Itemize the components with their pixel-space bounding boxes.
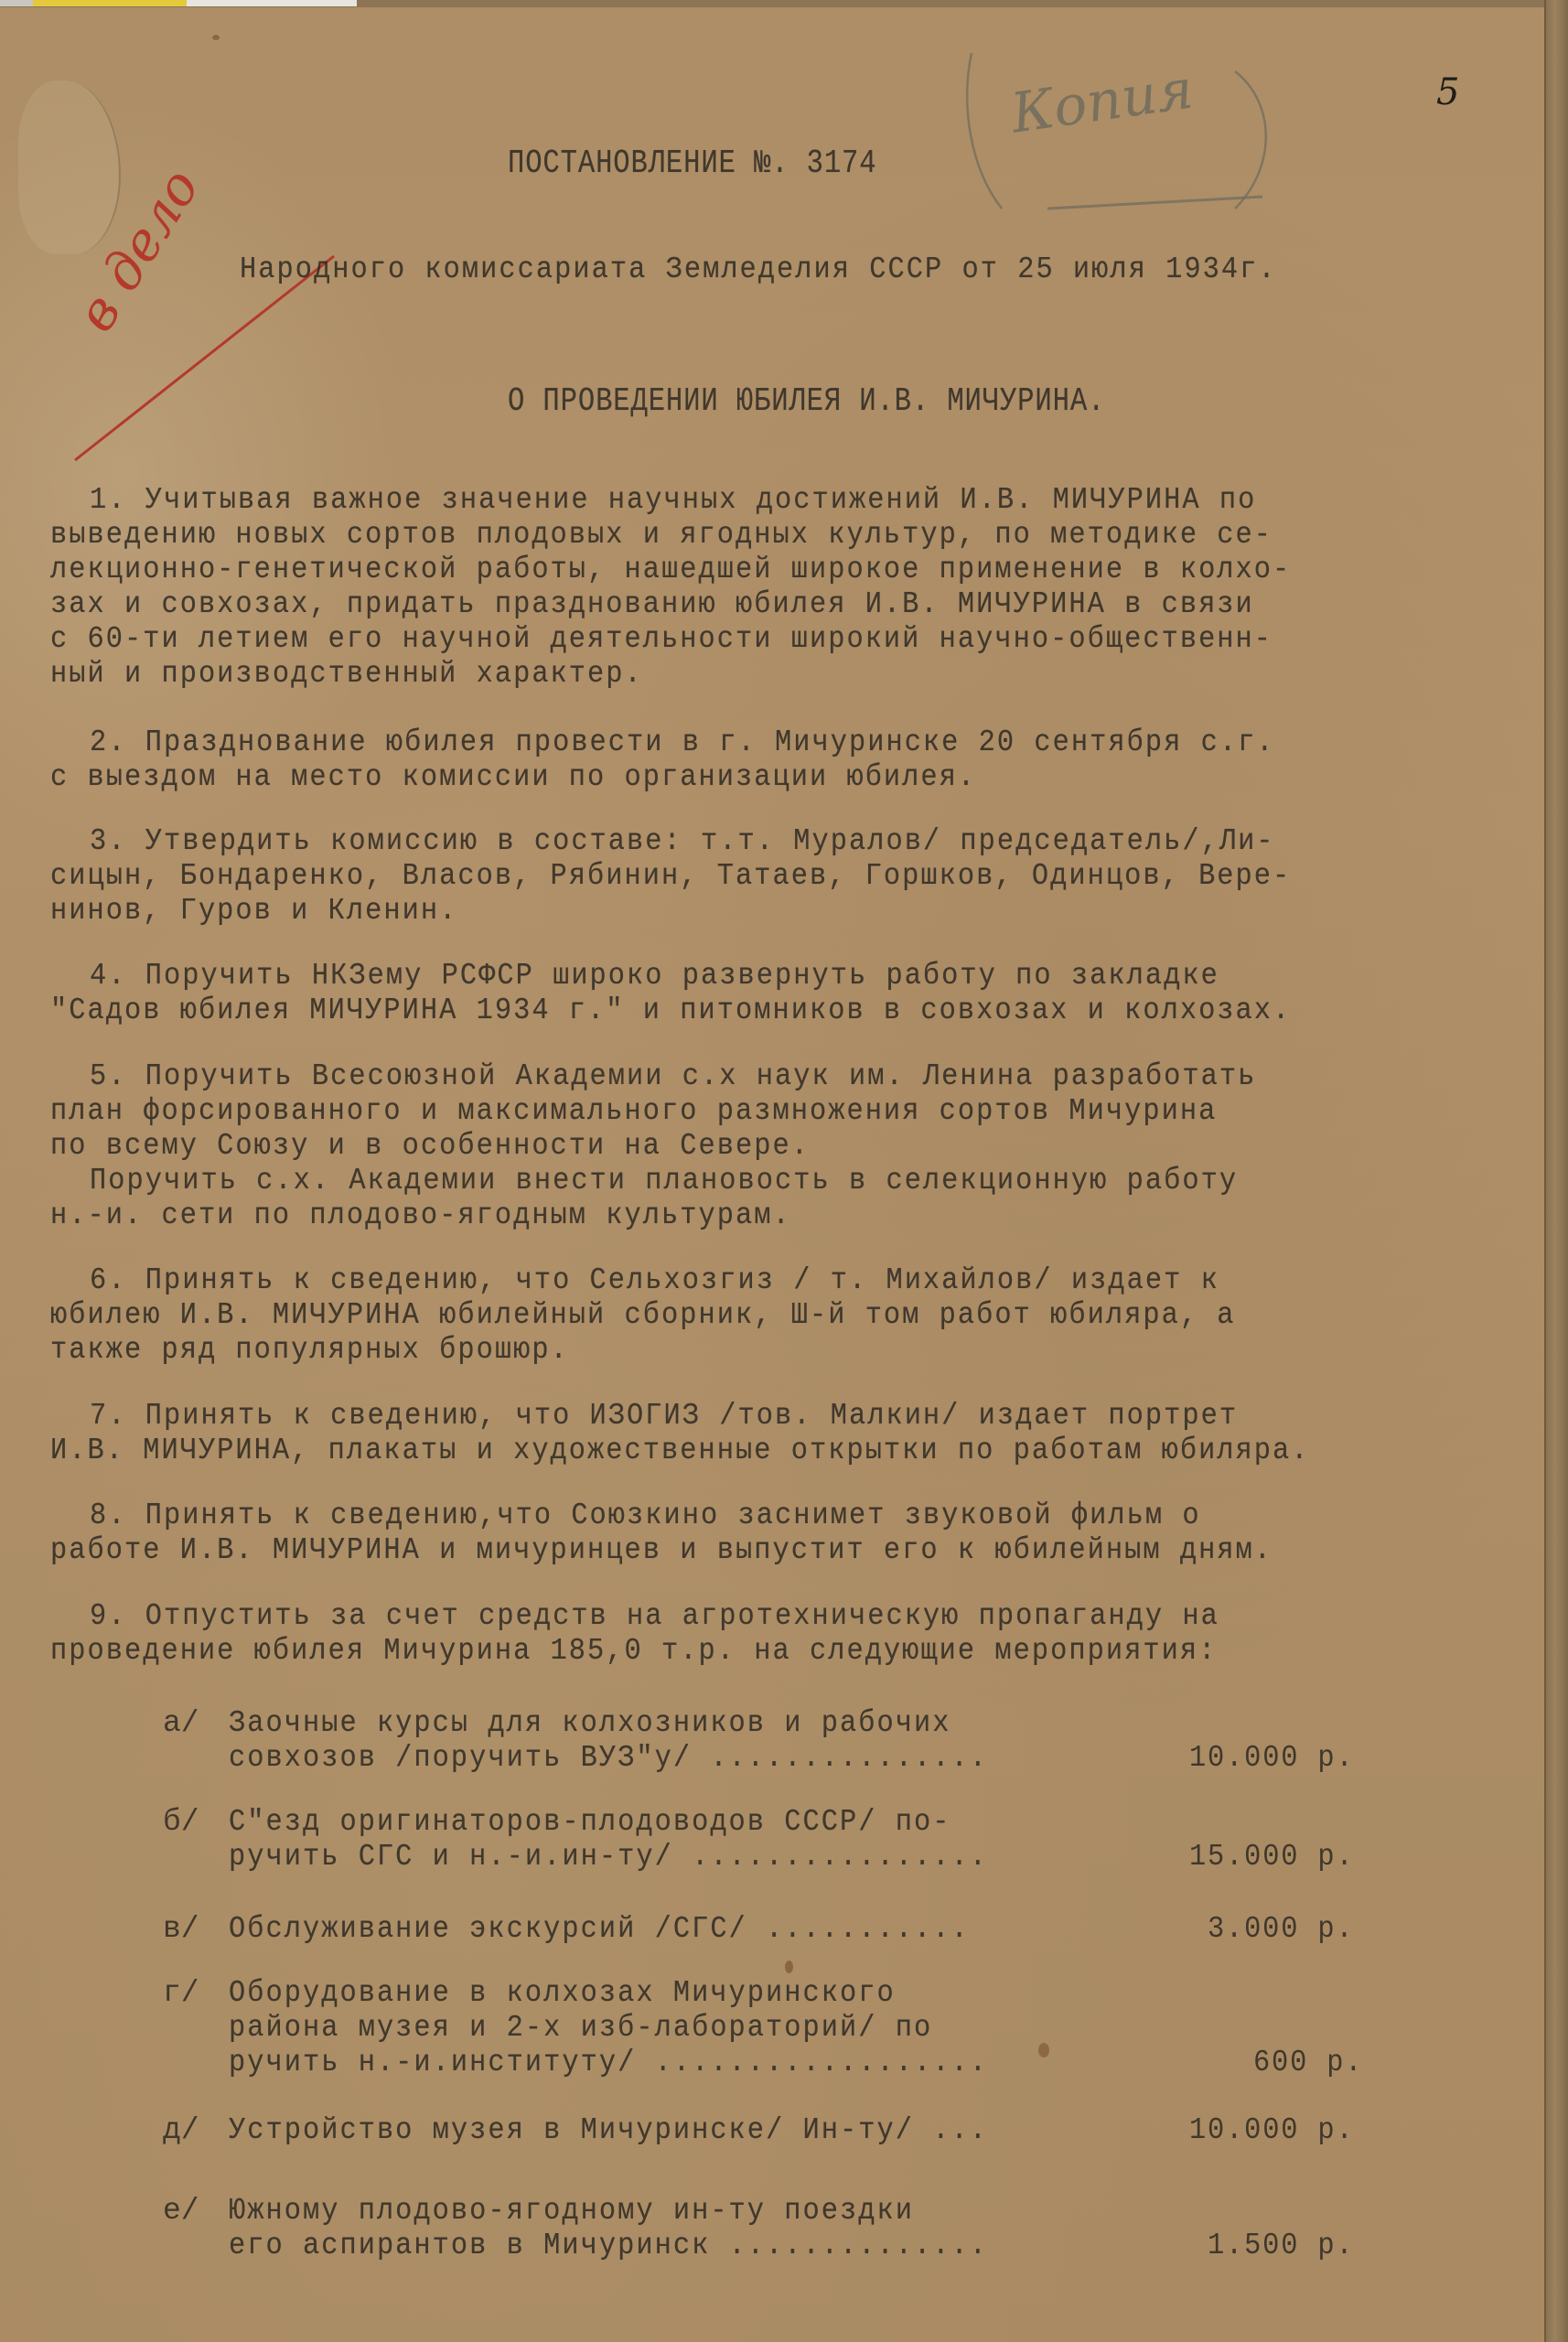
budget-item-label: а/ xyxy=(163,1706,199,1741)
budget-item-line: совхозов /поручить ВУЗ"у/ ..............… xyxy=(229,1741,988,1776)
budget-item-line: ручить СГС и н.-и.ин-ту/ ...............… xyxy=(229,1840,988,1875)
paragraph-line: 2. Празднование юбилея провести в г. Мич… xyxy=(90,725,1275,760)
budget-item-amount: 10.000 р. xyxy=(1189,2113,1355,2148)
budget-item-label: д/ xyxy=(163,2113,199,2148)
ink-speck xyxy=(785,1961,793,1973)
paragraph-line: проведение юбилея Мичурина 185,0 т.р. на… xyxy=(50,1634,1217,1669)
ink-speck xyxy=(212,35,220,40)
document-heading: О ПРОВЕДЕНИИ ЮБИЛЕЯ И.В. МИЧУРИНА. xyxy=(508,384,1105,419)
budget-item-line: района музея и 2-х изб-лабораторий/ по xyxy=(229,2011,932,2046)
budget-item-line: Устройство музея в Мичуринске/ Ин-ту/ ..… xyxy=(229,2113,988,2148)
budget-item-amount: 1.500 р. xyxy=(1208,2229,1354,2263)
budget-item-line: Обслуживание экскурсий /СГС/ ........... xyxy=(229,1912,970,1947)
paper-tear-mark xyxy=(18,81,121,254)
scan-strip-edge xyxy=(0,0,33,6)
paragraph-line: выведению новых сортов плодовых и ягодны… xyxy=(50,518,1273,553)
scan-color-bar-yellow xyxy=(33,0,187,6)
document-title: ПОСТАНОВЛЕНИЕ №. 3174 xyxy=(508,146,876,181)
budget-item-label: б/ xyxy=(163,1805,199,1840)
paragraph-line: 5. Поручить Всесоюзной Академии с.х наук… xyxy=(90,1059,1256,1094)
budget-item-line: Заочные курсы для колхозников и рабочих xyxy=(229,1706,950,1741)
budget-item-amount: 3.000 р. xyxy=(1208,1912,1354,1947)
budget-item-line: Оборудование в колхозах Мичуринского xyxy=(229,1976,896,2011)
budget-item-amount: 10.000 р. xyxy=(1189,1741,1355,1776)
budget-item-line: С"езд оригинаторов-плодоводов СССР/ по- xyxy=(229,1805,950,1840)
underlying-page-edge xyxy=(1544,0,1568,2342)
paragraph-line: 3. Утвердить комиссию в составе: т.т. Му… xyxy=(90,824,1275,859)
paragraph-line: с выездом на место комиссии по организац… xyxy=(50,760,976,795)
paragraph-line: н.-и. сети по плодово-ягодным культурам. xyxy=(50,1198,791,1233)
budget-item-line: Южному плодово-ягодному ин-ту поездки xyxy=(229,2194,914,2229)
budget-item-line: ручить н.-и.институту/ .................… xyxy=(229,2046,988,2080)
paragraph-line: 7. Принять к сведению, что ИЗОГИЗ /тов. … xyxy=(90,1399,1238,1434)
paragraph-line: Поручить с.х. Академии внести плановость… xyxy=(90,1164,1238,1198)
paragraph-line: "Садов юбилея МИЧУРИНА 1934 г." и питомн… xyxy=(50,994,1291,1028)
scan-color-bar-white xyxy=(187,0,357,6)
paragraph-line: сицын, Бондаренко, Власов, Рябинин, Тата… xyxy=(50,859,1291,894)
paragraph-line: по всему Союзу и в особенности на Севере… xyxy=(50,1129,810,1164)
paragraph-line: с 60-ти летием его научной деятельности … xyxy=(50,622,1273,657)
budget-item-label: г/ xyxy=(163,1976,199,2011)
paragraph-line: также ряд популярных брошюр. xyxy=(50,1333,569,1368)
budget-item-amount: 600 р. xyxy=(1253,2046,1363,2080)
budget-item-label: е/ xyxy=(163,2194,199,2229)
paragraph-line: 8. Принять к сведению,что Союзкино засни… xyxy=(90,1499,1201,1533)
budget-item-line: его аспирантов в Мичуринск .............… xyxy=(229,2229,988,2263)
paragraph-line: 1. Учитывая важное значение научных дост… xyxy=(90,483,1256,518)
page-number: 5 xyxy=(1436,71,1459,113)
paragraph-line: нинов, Гуров и Кленин. xyxy=(50,894,457,929)
document-subtitle: Народного комиссариата Земледелия СССР о… xyxy=(240,252,1277,287)
paragraph-line: И.В. МИЧУРИНА, плакаты и художественные … xyxy=(50,1434,1310,1468)
paragraph-line: юбилею И.В. МИЧУРИНА юбилейный сборник, … xyxy=(50,1298,1236,1333)
document-page: Копия 5 в дело ПОСТАНОВЛЕНИЕ №. 3174 Нар… xyxy=(0,7,1552,2342)
paragraph-line: 4. Поручить НКЗему РСФСР широко разверну… xyxy=(90,959,1219,994)
paragraph-line: работе И.В. МИЧУРИНА и мичуринцев и выпу… xyxy=(50,1533,1273,1568)
budget-item-amount: 15.000 р. xyxy=(1189,1840,1355,1875)
paragraph-line: 9. Отпустить за счет средств на агротехн… xyxy=(90,1599,1219,1634)
paragraph-line: план форсированного и максимального разм… xyxy=(50,1094,1217,1129)
paragraph-line: лекционно-генетической работы, нашедшей … xyxy=(50,553,1291,587)
paragraph-line: зах и совхозах, придать празднованию юби… xyxy=(50,587,1254,622)
paragraph-line: 6. Принять к сведению, что Сельхозгиз / … xyxy=(90,1263,1219,1298)
budget-item-label: в/ xyxy=(163,1912,199,1947)
ink-speck xyxy=(1038,2043,1049,2057)
paragraph-line: ный и производственный характер. xyxy=(50,657,643,692)
